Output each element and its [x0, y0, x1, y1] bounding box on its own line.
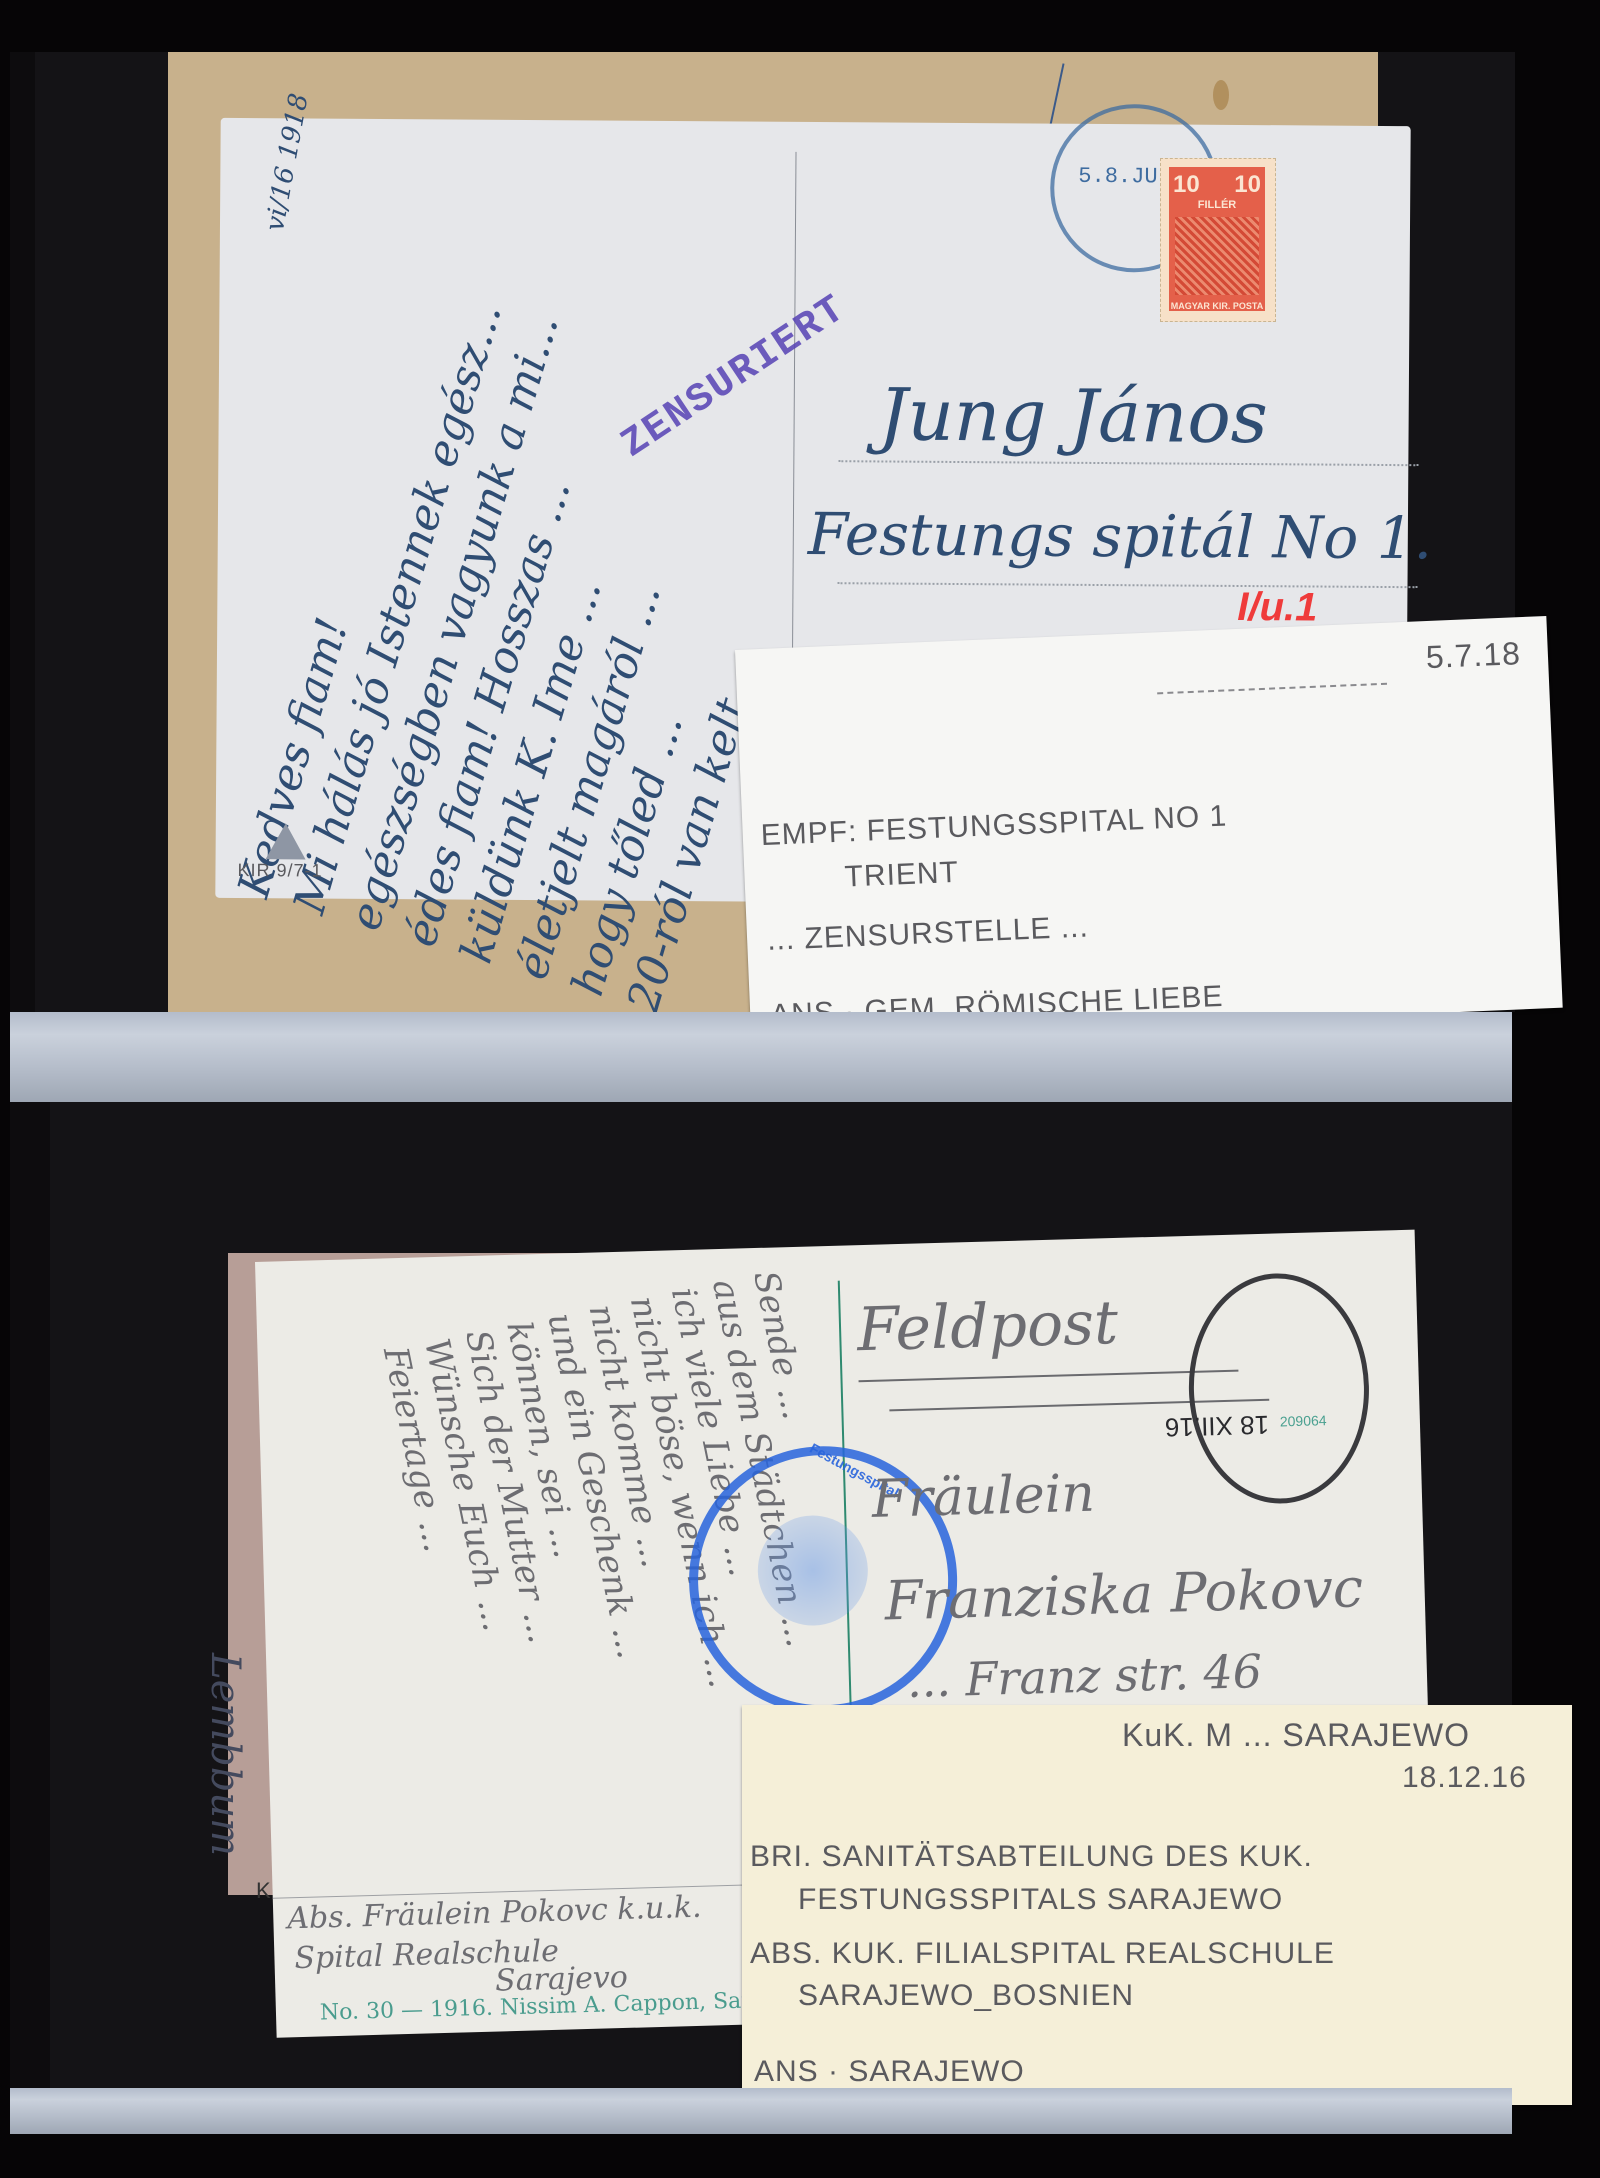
field-post-label: Feldpost	[856, 1288, 1119, 1365]
postmark-date: 18 XII.16	[1165, 1409, 1270, 1443]
harvest-scene-icon	[1175, 217, 1259, 295]
label-line: ANS · SARAJEWO	[754, 2055, 1025, 2089]
addressee-place: Festungs spitál No 1.	[808, 500, 1433, 572]
label-line: SARAJEWO_BOSNIEN	[798, 1979, 1134, 2013]
postmark-serial: 209064	[1280, 1412, 1327, 1429]
lower-description-label: KuK. M ... SARAJEWO 18.12.16 BRI. SANITÄ…	[742, 1705, 1572, 2105]
label-line: FESTUNGSSPITALS SARAJEWO	[798, 1883, 1283, 1917]
label-line: BRI. SANITÄTSABTEILUNG DES KUK.	[750, 1840, 1313, 1874]
sender-line: Abs. Fräulein Pokovc k.u.k.	[287, 1890, 702, 1937]
label-line: ... ZENSURSTELLE ...	[766, 910, 1089, 957]
label-line: ABS. KUK. FILIALSPITAL REALSCHULE	[750, 1937, 1335, 1971]
addressee-title: Fräulein	[871, 1464, 1096, 1530]
address-rule	[859, 1370, 1239, 1383]
eagle-emblem-icon	[756, 1514, 869, 1627]
pencil-dashes	[1157, 683, 1387, 695]
military-postmark	[1186, 1271, 1372, 1506]
stamp-denomination: FILLÉR	[1169, 199, 1265, 211]
protective-sleeve	[10, 1012, 1512, 1102]
publisher-logo-icon	[266, 823, 306, 859]
back-card-writing: Lembbum	[202, 1653, 248, 1856]
label-date: 5.7.18	[1425, 635, 1521, 676]
bottom-sleeve	[10, 2088, 1512, 2134]
label-header: KuK. M ... SARAJEWO	[1122, 1717, 1470, 1754]
red-correction: I/u.1	[1237, 585, 1317, 631]
upper-description-label: 5.7.18 EMPF: FESTUNGSSPITAL NO 1 TRIENT …	[735, 616, 1563, 1042]
stamp-country: MAGYAR KIR. POSTA	[1169, 301, 1265, 311]
address-rule	[837, 582, 1417, 588]
addressee-street: ... Franz str. 46	[906, 1644, 1262, 1708]
addressee-name: Jung János	[878, 372, 1268, 459]
stain	[1213, 80, 1229, 110]
postage-stamp: 10 10 FILLÉR MAGYAR KIR. POSTA	[1160, 158, 1276, 322]
label-line: EMPF: FESTUNGSSPITAL NO 1	[760, 800, 1228, 854]
label-line: TRIENT	[844, 856, 960, 895]
cancel-date: 5.8.JU	[1078, 164, 1157, 190]
address-rule	[838, 460, 1418, 466]
catalog-number: KIR 9/7-1	[237, 860, 322, 882]
stamp-value: 10	[1234, 171, 1261, 199]
stamp-design: 10 10 FILLÉR MAGYAR KIR. POSTA	[1169, 167, 1265, 311]
label-date: 18.12.16	[1402, 1761, 1527, 1795]
addressee-name: Franziska Pokovc	[884, 1556, 1364, 1632]
stamp-value: 10	[1173, 171, 1200, 199]
